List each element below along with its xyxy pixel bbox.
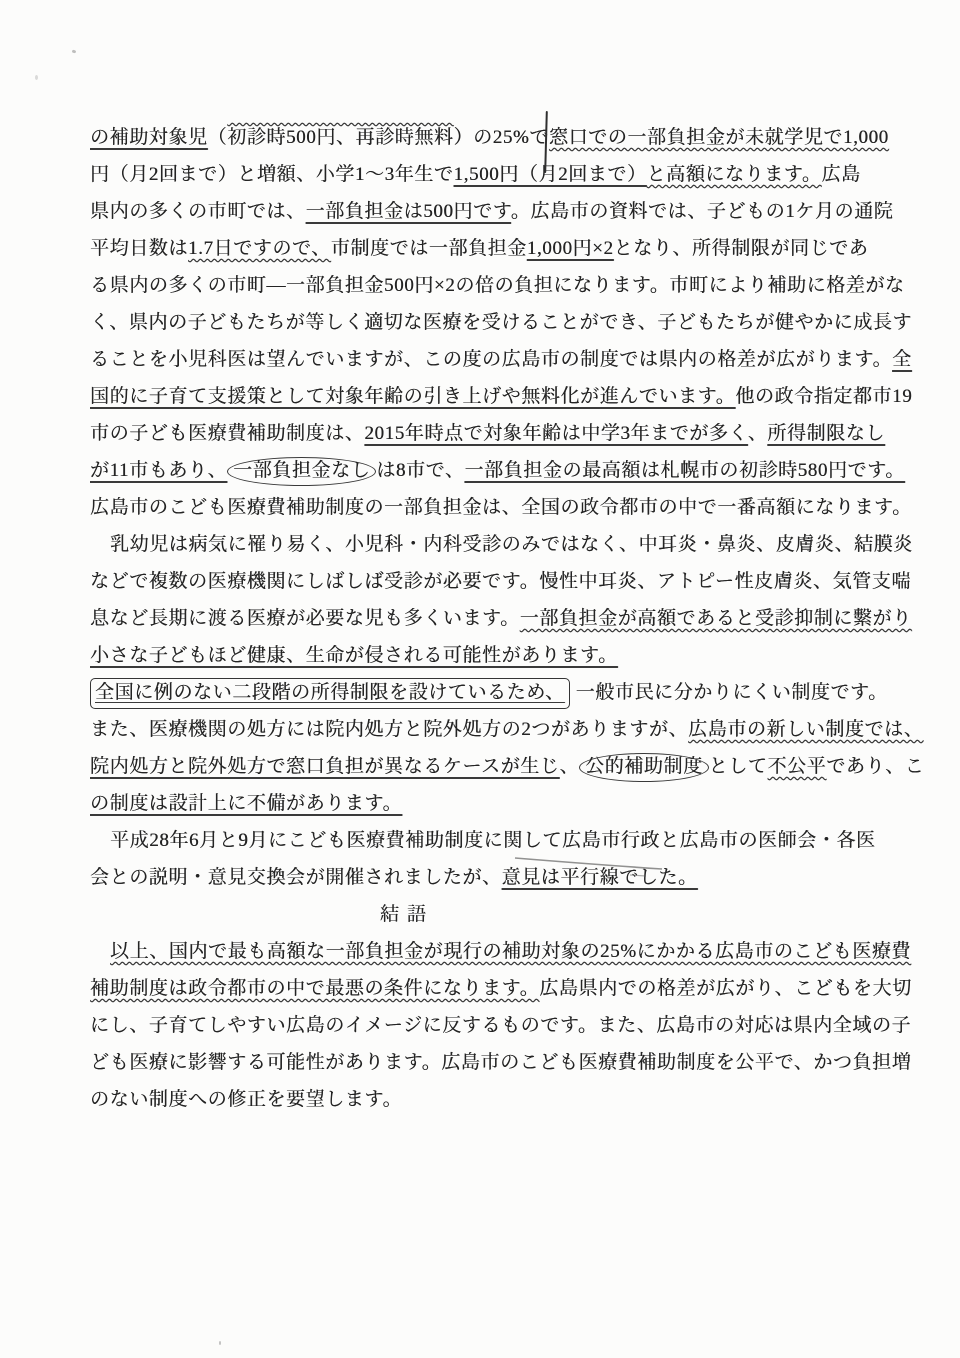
text-segment: 全	[892, 349, 912, 370]
section-heading: 結語	[90, 896, 890, 933]
text-segment: 一部負担金なし	[227, 457, 376, 486]
text-segment: にし、子育てしやすい広島のイメージに反するものです。また、広島市の対応は県内全域…	[90, 1015, 911, 1036]
scanned-page: の補助対象児（初診時500円、再診時無料）の25%で窓口での一部負担金が未就学児…	[0, 0, 960, 1358]
document-body: の補助対象児（初診時500円、再診時無料）の25%で窓口での一部負担金が未就学児…	[90, 119, 890, 1118]
document-line: 県内の多くの市町では、一部負担金は500円です。広島市の資料では、子どもの1ケ月…	[90, 193, 890, 230]
text-segment: また、医療機関の処方には院内処方と院外処方の2つがありますが、	[90, 719, 688, 740]
text-segment: 市の子ども医療費補助制度は、	[90, 423, 364, 444]
text-segment: として	[709, 756, 768, 777]
document-line: 小さな子どもほど健康、生命が侵される可能性があります。	[90, 637, 890, 674]
text-segment: のない制度への修正を要望します。	[90, 1089, 402, 1110]
document-line: の補助対象児（初診時500円、再診時無料）の25%で窓口での一部負担金が未就学児…	[90, 119, 890, 156]
ink-speck	[72, 49, 77, 53]
text-segment: 小さな子どもほど健康、生命が侵される可能性があります。	[90, 645, 618, 666]
text-segment: 平成28年6月と9月にこども医療費補助制度に関して広島市行政と広島市の医師会・各…	[110, 830, 876, 851]
document-line: また、医療機関の処方には院内処方と院外処方の2つがありますが、広島市の新しい制度…	[90, 711, 890, 748]
text-segment: 2015年時点で対象年齢は中学3年までが多く	[364, 423, 747, 444]
text-segment: 円（月2回まで）と増額、小学1～3年生で	[90, 164, 454, 185]
document-line: などで複数の医療機関にしばしば受診が必要です。慢性中耳炎、アトピー性皮膚炎、気管…	[90, 563, 890, 600]
document-line: く、県内の子どもたちが等しく適切な医療を受けることができ、子どもたちが健やかに成…	[90, 304, 890, 341]
text-segment: 一部負担金が高額であると受診抑制に繫がり	[520, 608, 912, 629]
text-segment: が11市もあり、	[90, 460, 227, 481]
document-line: 乳幼児は病気に罹り易く、小児科・内科受診のみではなく、中耳炎・鼻炎、皮膚炎、結膜…	[90, 526, 890, 563]
document-line: にし、子育てしやすい広島のイメージに反するものです。また、広島市の対応は県内全域…	[90, 1007, 890, 1044]
document-line: の制度は設計上に不備があります。	[90, 785, 890, 822]
text-segment: 所得制限なし	[767, 423, 885, 444]
text-segment: 市制度では一部負担金	[331, 238, 527, 259]
text-segment: 広島県内での格差が広がり、こどもを大切	[539, 978, 911, 999]
text-segment: 。広島市の資料では、子どもの1ケ月の通院	[511, 201, 894, 222]
document-line: 市の子ども医療費補助制度は、2015年時点で対象年齢は中学3年までが多く、所得制…	[90, 415, 890, 452]
text-segment: 初診時500円、再診時無料	[227, 127, 453, 148]
document-line: 院内処方と院外処方で窓口負担が異なるケースが生じ、公的補助制度として不公平であり…	[90, 748, 890, 785]
text-segment: となり、所得制限が同じであ	[614, 238, 869, 259]
document-line: 平成28年6月と9月にこども医療費補助制度に関して広島市行政と広島市の医師会・各…	[90, 822, 890, 859]
text-segment: 一般市民に分かりにくい制度です。	[576, 682, 888, 703]
text-segment: （	[208, 127, 228, 148]
text-segment: 1,500円（月2回まで）	[454, 164, 647, 185]
text-segment: 窓口での一部負担金が未就学児で1,000	[549, 127, 889, 148]
document-line: 国的に子育て支援策として対象年齢の引き上げや無料化が進んでいます。他の政令指定都…	[90, 378, 890, 415]
document-line: 全国に例のない二段階の所得制限を設けているため、一般市民に分かりにくい制度です。	[90, 674, 890, 711]
text-segment: 公的補助制度	[579, 753, 709, 782]
text-segment: と高額になります。	[647, 164, 822, 185]
document-line: る県内の多くの市町―一部負担金500円×2の倍の負担になります。市町により補助に…	[90, 267, 890, 304]
document-line: ることを小児科医は望んでいますが、この度の広島市の制度では県内の格差が広がります…	[90, 341, 890, 378]
text-segment: 不公平	[767, 756, 826, 777]
text-segment: 全国に例のない二段階の所得制限を設けているため、	[90, 678, 570, 709]
text-segment: 広島市の新しい制度では、	[688, 719, 923, 740]
text-segment: の補助対象児	[90, 127, 208, 148]
text-segment: 以上、国内で最も高額な一部負担金が現行の補助対象の25%にかかる広島市のこども医…	[110, 941, 911, 962]
text-segment: ども医療に影響する可能性があります。広島市のこども医療費補助制度を公平で、かつ負…	[90, 1052, 911, 1073]
text-segment: の制度は設計上に不備があります。	[90, 793, 402, 814]
text-segment: 一部負担金は500円です	[306, 201, 511, 222]
document-line: 息など長期に渡る医療が必要な児も多くいます。一部負担金が高額であると受診抑制に繫…	[90, 600, 890, 637]
text-segment: 乳幼児は病気に罹り易く、小児科・内科受診のみではなく、中耳炎・鼻炎、皮膚炎、結膜…	[110, 534, 913, 555]
text-segment: る県内の多くの市町―一部負担金500円×2の倍の負担になります。市町により補助に…	[90, 275, 905, 296]
text-segment: 1,000円×2	[527, 238, 614, 259]
text-segment: などで複数の医療機関にしばしば受診が必要です。慢性中耳炎、アトピー性皮膚炎、気管…	[90, 571, 911, 592]
text-segment: 補助制度は政令都市の中で最悪の条件になります。	[90, 978, 539, 999]
ink-speck	[219, 1341, 221, 1345]
text-segment: は8市で、	[376, 460, 464, 481]
text-segment: 平均日数は	[90, 238, 188, 259]
text-segment: 結語	[380, 904, 434, 925]
text-segment: ることを小児科医は望んでいますが、この度の広島市の制度では県内の格差が広がります…	[90, 349, 892, 370]
document-line: 以上、国内で最も高額な一部負担金が現行の補助対象の25%にかかる広島市のこども医…	[90, 933, 890, 970]
ink-speck	[35, 75, 38, 80]
text-segment: であり、こ	[826, 756, 924, 777]
document-line: 広島市のこども医療費補助制度の一部負担金は、全国の政令都市の中で一番高額になりま…	[90, 489, 890, 526]
text-segment: 県内の多くの市町では、	[90, 201, 306, 222]
text-segment: ）の25%で	[454, 127, 549, 148]
document-line: 平均日数は1.7日ですので、市制度では一部負担金1,000円×2となり、所得制限…	[90, 230, 890, 267]
text-segment: 1.7日ですので、	[188, 238, 331, 259]
text-segment: 広島	[821, 164, 860, 185]
document-line: ども医療に影響する可能性があります。広島市のこども医療費補助制度を公平で、かつ負…	[90, 1044, 890, 1081]
document-line: 補助制度は政令都市の中で最悪の条件になります。広島県内での格差が広がり、こどもを…	[90, 970, 890, 1007]
text-segment: 一部負担金の最高額は札幌市の初診時580円です。	[464, 460, 904, 481]
document-line: のない制度への修正を要望します。	[90, 1081, 890, 1118]
document-line: 会との説明・意見交換会が開催されましたが、意見は平行線でした。	[90, 859, 890, 896]
document-line: が11市もあり、一部負担金なしは8市で、一部負担金の最高額は札幌市の初診時580…	[90, 452, 890, 489]
document-line: 円（月2回まで）と増額、小学1～3年生で1,500円（月2回まで）と高額になりま…	[90, 156, 890, 193]
text-segment: 広島市のこども医療費補助制度の一部負担金は、全国の政令都市の中で一番高額になりま…	[90, 497, 912, 518]
text-segment: 息など長期に渡る医療が必要な児も多くいます。	[90, 608, 520, 629]
text-segment: 会との説明・意見交換会が開催されましたが、	[90, 867, 502, 888]
text-segment: 、	[559, 756, 579, 777]
text-segment: 院内処方と院外処方で窓口負担が異なるケースが生じ	[90, 756, 559, 777]
text-segment: く、県内の子どもたちが等しく適切な医療を受けることができ、子どもたちが健やかに成…	[90, 312, 912, 333]
text-segment: 、	[748, 423, 768, 444]
text-segment: 国的に子育て支援策として対象年齢の引き上げや無料化が進んでいます。	[90, 386, 735, 407]
handwritten-swoosh-mark	[512, 852, 682, 882]
text-segment: 他の政令指定都市19	[735, 386, 912, 407]
